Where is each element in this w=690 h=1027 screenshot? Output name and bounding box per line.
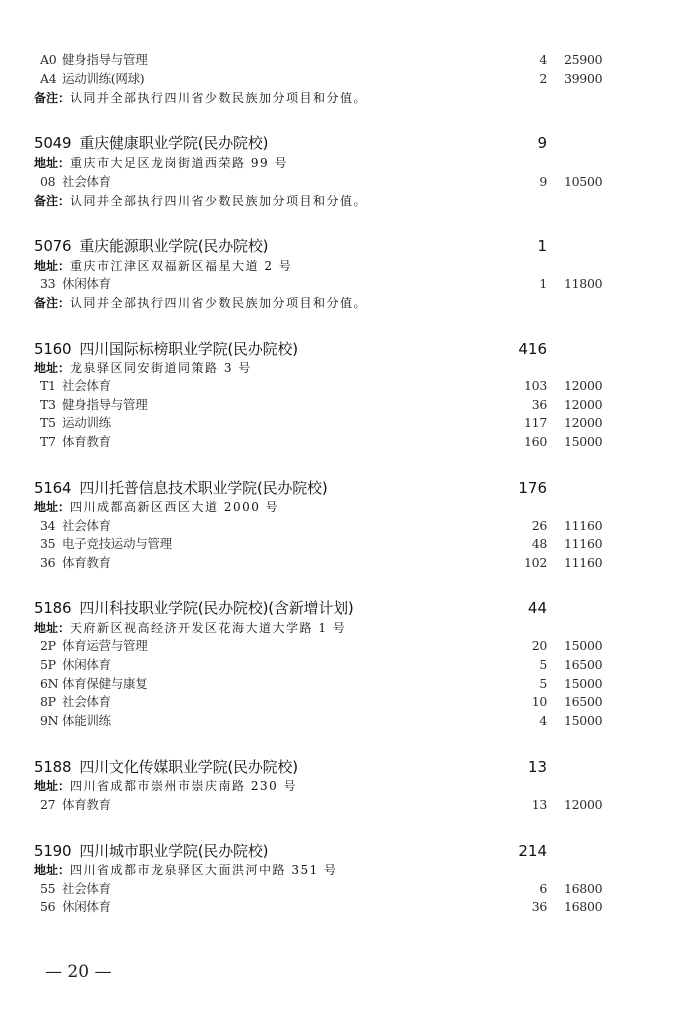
institution-code: 5164	[34, 479, 71, 497]
institution-total: 416	[518, 338, 547, 360]
major-name: 电子竞技运动与管理	[62, 536, 172, 551]
major-name: 休闲体育	[62, 657, 111, 672]
major-name: 社会体育	[62, 694, 111, 709]
major-row: 8P社会体育 10 16500	[0, 692, 690, 712]
major-name: 社会体育	[62, 881, 111, 896]
address: 地址：四川省成都市龙泉驿区大面洪河中路 351 号	[34, 860, 338, 880]
address-label: 地址：	[34, 779, 70, 793]
major-entry: T7体育教育	[40, 432, 111, 452]
major-entry: 56休闲体育	[40, 897, 111, 917]
major-entry: 8P社会体育	[40, 692, 111, 712]
major-entry: 08社会体育	[40, 172, 111, 192]
address-text: 四川省成都市龙泉驿区大面洪河中路 351 号	[70, 863, 338, 877]
note: 备注：认同并全部执行四川省少数民族加分项目和分值。	[34, 293, 367, 313]
major-name: 社会体育	[62, 378, 111, 393]
major-fee: 10500	[564, 172, 602, 192]
address: 地址：龙泉驿区同安街道同策路 3 号	[34, 358, 252, 378]
address-row: 地址：重庆市大足区龙岗街道西荣路 99 号	[0, 153, 690, 173]
major-name: 体育教育	[62, 555, 111, 570]
major-count: 117	[524, 413, 547, 433]
address-row: 地址：四川省成都市龙泉驿区大面洪河中路 351 号	[0, 860, 690, 880]
major-row: 34社会体育 26 11160	[0, 516, 690, 536]
major-entry: T3健身指导与管理	[40, 395, 147, 415]
address-row: 地址：四川省成都市崇州市崇庆南路 230 号	[0, 776, 690, 796]
note-row: 备注：认同并全部执行四川省少数民族加分项目和分值。	[0, 191, 690, 211]
address-label: 地址：	[34, 500, 70, 514]
institution-title: 5186四川科技职业学院(民办院校)(含新增计划)	[34, 597, 354, 619]
major-entry: 6N体育保健与康复	[40, 674, 147, 694]
major-row: T7体育教育 160 15000	[0, 432, 690, 452]
institution-name: 四川托普信息技术职业学院(民办院校)	[79, 479, 327, 497]
major-name: 体能训练	[62, 713, 111, 728]
major-count: 160	[524, 432, 547, 452]
note-label: 备注：	[34, 194, 70, 208]
address-label: 地址：	[34, 361, 70, 375]
major-fee: 15000	[564, 636, 602, 656]
address: 地址：四川省成都市崇州市崇庆南路 230 号	[34, 776, 297, 796]
note-text: 认同并全部执行四川省少数民族加分项目和分值。	[70, 91, 367, 105]
major-code: 33	[40, 274, 62, 294]
major-count: 4	[539, 711, 547, 731]
major-name: 社会体育	[62, 518, 111, 533]
major-name: 体育教育	[62, 434, 111, 449]
major-entry: A0健身指导与管理	[40, 50, 147, 70]
major-code: 6N	[40, 674, 62, 694]
institution-name: 四川科技职业学院(民办院校)(含新增计划)	[79, 599, 353, 617]
address-text: 重庆市大足区龙岗街道西荣路 99 号	[70, 156, 288, 170]
institution-header: 5160四川国际标榜职业学院(民办院校) 416	[0, 338, 690, 360]
address-label: 地址：	[34, 259, 70, 273]
major-code: T7	[40, 432, 62, 452]
note-label: 备注：	[34, 296, 70, 310]
document-page: A0健身指导与管理 4 25900 A4运动训练(网球) 2 39900 备注：…	[0, 0, 690, 1027]
major-name: 健身指导与管理	[62, 52, 147, 67]
note-text: 认同并全部执行四川省少数民族加分项目和分值。	[70, 194, 367, 208]
major-fee: 25900	[564, 50, 602, 70]
major-fee: 11160	[564, 553, 602, 573]
institution-total: 44	[528, 597, 547, 619]
institution-header: 5076重庆能源职业学院(民办院校) 1	[0, 235, 690, 257]
major-fee: 16500	[564, 655, 602, 675]
major-fee: 16800	[564, 879, 602, 899]
address-text: 天府新区视高经济开发区花海大道大学路 1 号	[70, 621, 346, 635]
address-row: 地址：重庆市江津区双福新区福星大道 2 号	[0, 256, 690, 276]
page-number: — 20 —	[45, 960, 111, 984]
major-name: 运动训练	[62, 415, 111, 430]
major-fee: 12000	[564, 413, 602, 433]
major-name: 体育保健与康复	[62, 676, 147, 691]
major-count: 103	[524, 376, 547, 396]
major-row: 2P体育运营与管理 20 15000	[0, 636, 690, 656]
major-code: 35	[40, 534, 62, 554]
major-count: 26	[532, 516, 547, 536]
major-entry: T5运动训练	[40, 413, 111, 433]
major-entry: 33休闲体育	[40, 274, 111, 294]
institution-header: 5186四川科技职业学院(民办院校)(含新增计划) 44	[0, 597, 690, 619]
institution-name: 重庆能源职业学院(民办院校)	[79, 237, 268, 255]
major-entry: 5P休闲体育	[40, 655, 111, 675]
institution-title: 5188四川文化传媒职业学院(民办院校)	[34, 756, 298, 778]
major-fee: 11160	[564, 534, 602, 554]
major-fee: 12000	[564, 395, 602, 415]
address-label: 地址：	[34, 156, 70, 170]
institution-code: 5188	[34, 758, 71, 776]
institution-total: 176	[518, 477, 547, 499]
major-name: 体育教育	[62, 797, 111, 812]
institution-total: 13	[528, 756, 547, 778]
major-row: 35电子竞技运动与管理 48 11160	[0, 534, 690, 554]
major-count: 2	[539, 69, 547, 89]
note: 备注：认同并全部执行四川省少数民族加分项目和分值。	[34, 88, 367, 108]
major-fee: 39900	[564, 69, 602, 89]
major-entry: 35电子竞技运动与管理	[40, 534, 172, 554]
address: 地址：重庆市大足区龙岗街道西荣路 99 号	[34, 153, 288, 173]
major-entry: 36体育教育	[40, 553, 111, 573]
major-row: 5P休闲体育 5 16500	[0, 655, 690, 675]
major-name: 休闲体育	[62, 276, 111, 291]
major-row: 27体育教育 13 12000	[0, 795, 690, 815]
institution-title: 5164四川托普信息技术职业学院(民办院校)	[34, 477, 327, 499]
major-row: 55社会体育 6 16800	[0, 879, 690, 899]
major-entry: 55社会体育	[40, 879, 111, 899]
institution-title: 5076重庆能源职业学院(民办院校)	[34, 235, 268, 257]
institution-title: 5190四川城市职业学院(民办院校)	[34, 840, 268, 862]
major-code: 56	[40, 897, 62, 917]
institution-header: 5188四川文化传媒职业学院(民办院校) 13	[0, 756, 690, 778]
major-name: 休闲体育	[62, 899, 111, 914]
major-fee: 12000	[564, 376, 602, 396]
major-fee: 15000	[564, 711, 602, 731]
major-count: 13	[532, 795, 547, 815]
major-code: T5	[40, 413, 62, 433]
major-code: 55	[40, 879, 62, 899]
address-label: 地址：	[34, 863, 70, 877]
major-entry: 9N体能训练	[40, 711, 111, 731]
major-name: 社会体育	[62, 174, 111, 189]
address-text: 重庆市江津区双福新区福星大道 2 号	[70, 259, 292, 273]
major-row: A4运动训练(网球) 2 39900	[0, 69, 690, 89]
address-row: 地址：天府新区视高经济开发区花海大道大学路 1 号	[0, 618, 690, 638]
major-count: 6	[539, 879, 547, 899]
note-label: 备注：	[34, 91, 70, 105]
institution-title: 5160四川国际标榜职业学院(民办院校)	[34, 338, 298, 360]
institution-total: 214	[518, 840, 547, 862]
address: 地址：天府新区视高经济开发区花海大道大学路 1 号	[34, 618, 346, 638]
major-entry: 34社会体育	[40, 516, 111, 536]
major-code: A4	[40, 69, 62, 89]
major-entry: 27体育教育	[40, 795, 111, 815]
major-code: 08	[40, 172, 62, 192]
note-row: 备注：认同并全部执行四川省少数民族加分项目和分值。	[0, 88, 690, 108]
address-text: 四川成都高新区西区大道 2000 号	[70, 500, 279, 514]
institution-name: 重庆健康职业学院(民办院校)	[79, 134, 268, 152]
major-count: 5	[539, 674, 547, 694]
major-count: 4	[539, 50, 547, 70]
major-name: 运动训练(网球)	[62, 71, 144, 86]
major-count: 20	[532, 636, 547, 656]
major-code: 5P	[40, 655, 62, 675]
major-row: 33休闲体育 1 11800	[0, 274, 690, 294]
major-count: 48	[532, 534, 547, 554]
major-code: A0	[40, 50, 62, 70]
major-entry: T1社会体育	[40, 376, 111, 396]
major-row: 9N体能训练 4 15000	[0, 711, 690, 731]
major-row: 56休闲体育 36 16800	[0, 897, 690, 917]
major-row: T1社会体育 103 12000	[0, 376, 690, 396]
major-fee: 15000	[564, 674, 602, 694]
major-code: T1	[40, 376, 62, 396]
institution-header: 5049重庆健康职业学院(民办院校) 9	[0, 132, 690, 154]
institution-name: 四川文化传媒职业学院(民办院校)	[79, 758, 298, 776]
institution-title: 5049重庆健康职业学院(民办院校)	[34, 132, 268, 154]
note: 备注：认同并全部执行四川省少数民族加分项目和分值。	[34, 191, 367, 211]
major-entry: A4运动训练(网球)	[40, 69, 144, 89]
institution-total: 9	[537, 132, 547, 154]
address: 地址：四川成都高新区西区大道 2000 号	[34, 497, 279, 517]
major-row: 6N体育保健与康复 5 15000	[0, 674, 690, 694]
address-text: 龙泉驿区同安街道同策路 3 号	[70, 361, 252, 375]
institution-code: 5049	[34, 134, 71, 152]
institution-name: 四川城市职业学院(民办院校)	[79, 842, 268, 860]
major-row: 08社会体育 9 10500	[0, 172, 690, 192]
major-code: 2P	[40, 636, 62, 656]
major-code: 36	[40, 553, 62, 573]
institution-header: 5190四川城市职业学院(民办院校) 214	[0, 840, 690, 862]
major-fee: 11800	[564, 274, 602, 294]
note-row: 备注：认同并全部执行四川省少数民族加分项目和分值。	[0, 293, 690, 313]
major-fee: 11160	[564, 516, 602, 536]
major-count: 5	[539, 655, 547, 675]
institution-code: 5160	[34, 340, 71, 358]
major-row: A0健身指导与管理 4 25900	[0, 50, 690, 70]
major-name: 健身指导与管理	[62, 397, 147, 412]
institution-code: 5076	[34, 237, 71, 255]
address: 地址：重庆市江津区双福新区福星大道 2 号	[34, 256, 292, 276]
address-text: 四川省成都市崇州市崇庆南路 230 号	[70, 779, 297, 793]
major-row: T5运动训练 117 12000	[0, 413, 690, 433]
major-count: 36	[532, 897, 547, 917]
major-code: 8P	[40, 692, 62, 712]
major-count: 102	[524, 553, 547, 573]
address-label: 地址：	[34, 621, 70, 635]
address-row: 地址：龙泉驿区同安街道同策路 3 号	[0, 358, 690, 378]
note-text: 认同并全部执行四川省少数民族加分项目和分值。	[70, 296, 367, 310]
major-code: 34	[40, 516, 62, 536]
major-fee: 16800	[564, 897, 602, 917]
major-count: 36	[532, 395, 547, 415]
major-entry: 2P体育运营与管理	[40, 636, 147, 656]
major-count: 9	[539, 172, 547, 192]
major-count: 10	[532, 692, 547, 712]
major-name: 体育运营与管理	[62, 638, 147, 653]
major-code: 9N	[40, 711, 62, 731]
institution-name: 四川国际标榜职业学院(民办院校)	[79, 340, 298, 358]
major-code: 27	[40, 795, 62, 815]
address-row: 地址：四川成都高新区西区大道 2000 号	[0, 497, 690, 517]
major-fee: 16500	[564, 692, 602, 712]
major-row: 36体育教育 102 11160	[0, 553, 690, 573]
major-fee: 12000	[564, 795, 602, 815]
institution-total: 1	[537, 235, 547, 257]
major-fee: 15000	[564, 432, 602, 452]
major-row: T3健身指导与管理 36 12000	[0, 395, 690, 415]
institution-code: 5190	[34, 842, 71, 860]
major-code: T3	[40, 395, 62, 415]
institution-header: 5164四川托普信息技术职业学院(民办院校) 176	[0, 477, 690, 499]
major-count: 1	[539, 274, 547, 294]
institution-code: 5186	[34, 599, 71, 617]
